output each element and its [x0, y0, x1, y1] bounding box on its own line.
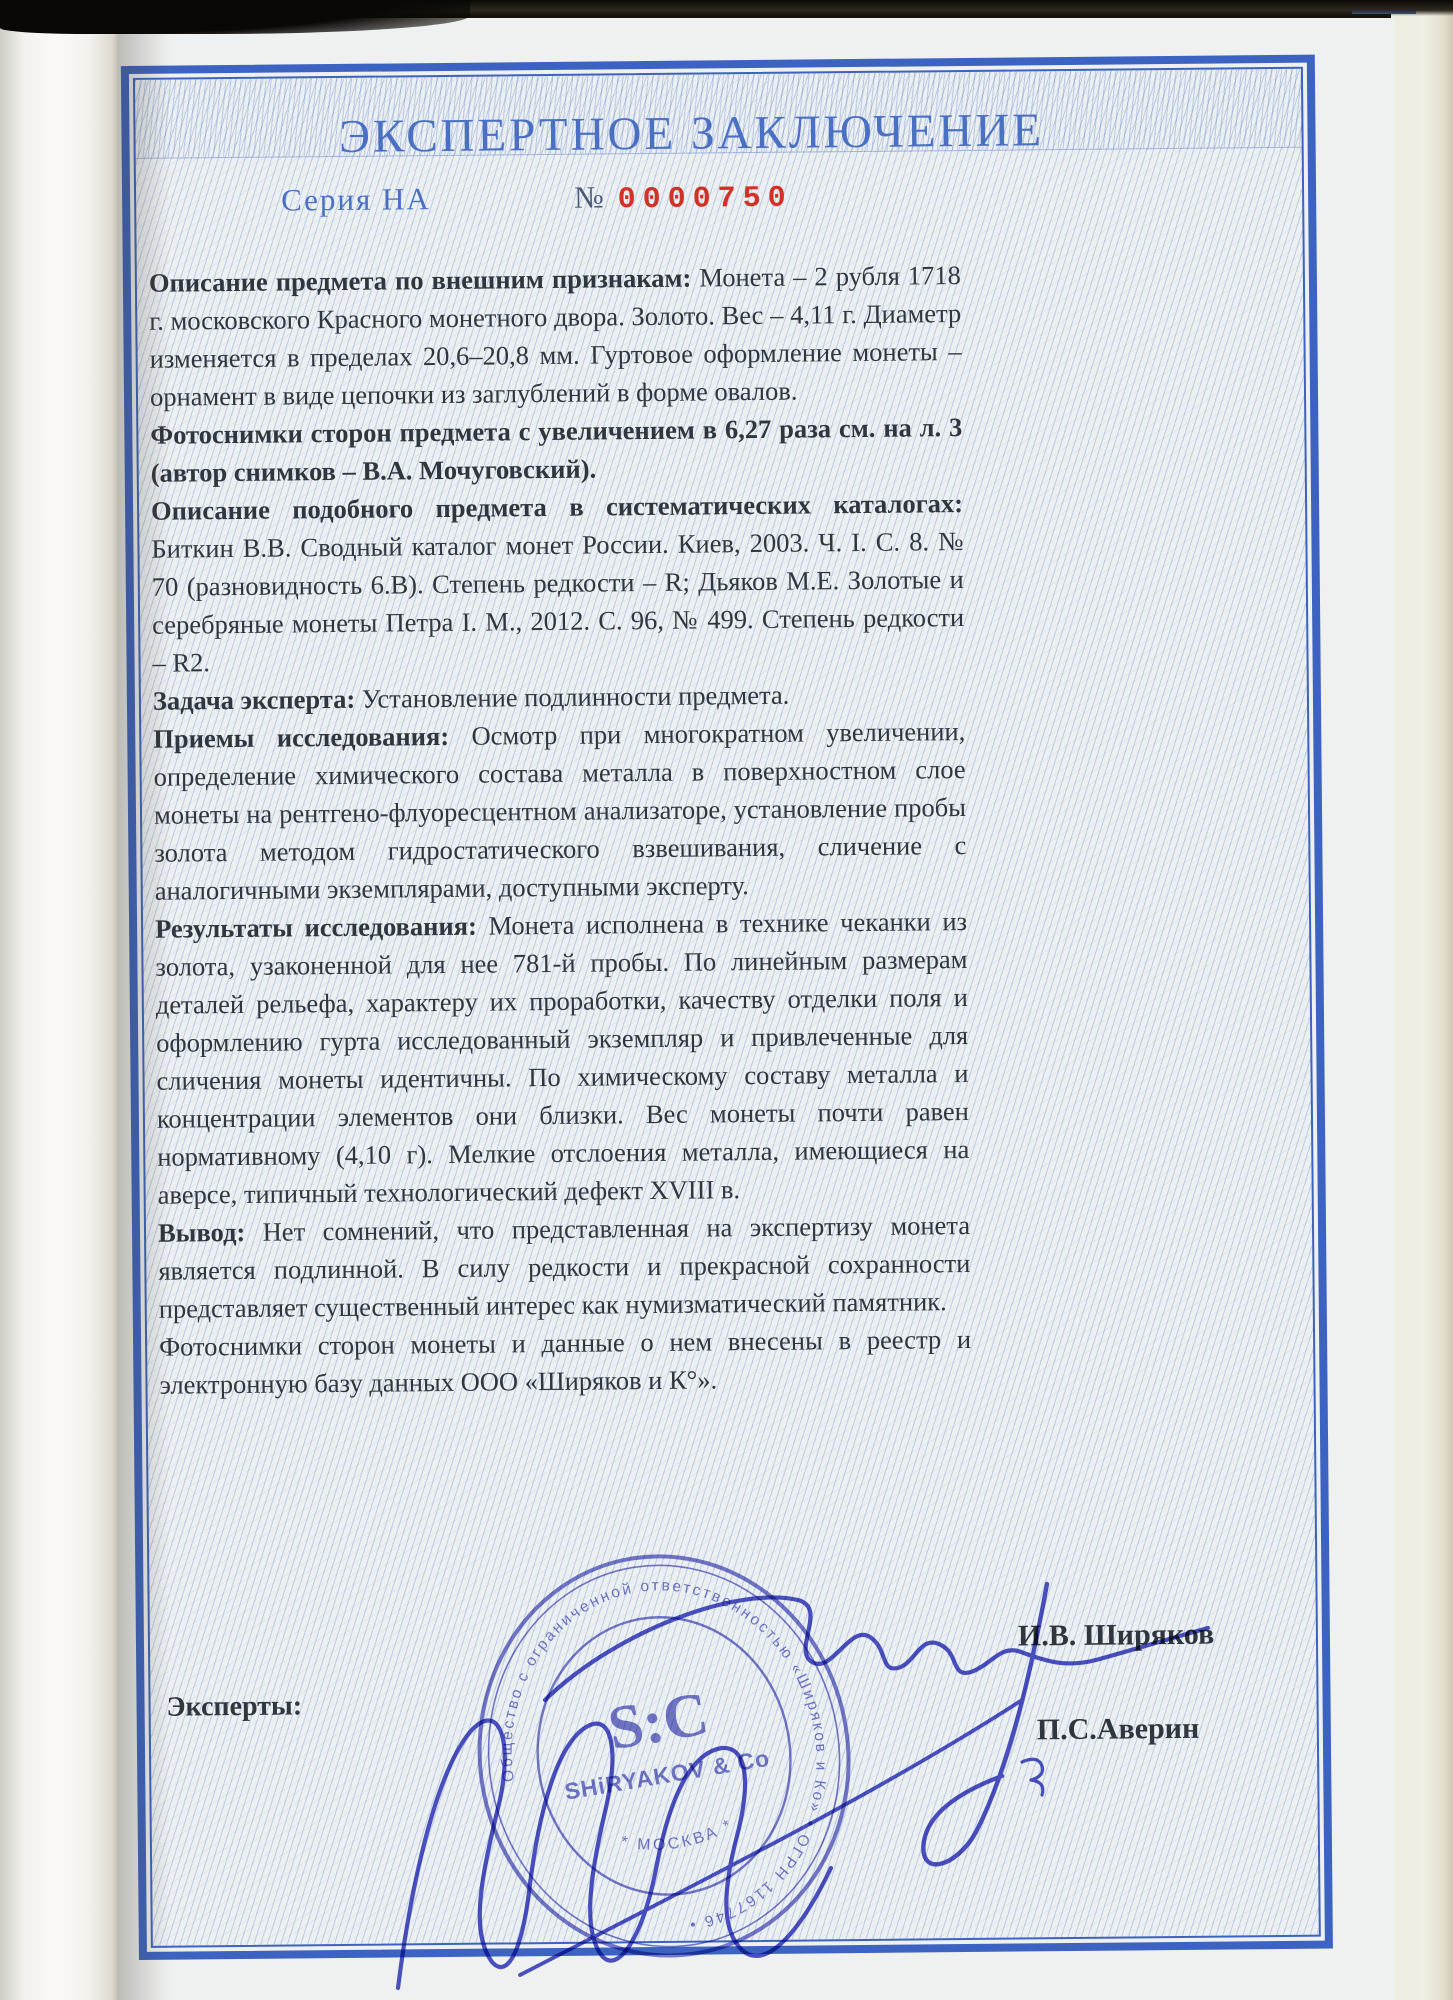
company-stamp: Общество с ограниченной ответственностью… — [443, 1522, 886, 1989]
body-paragraphs: Описание предмета по внешним признакам: … — [149, 256, 972, 1404]
stamp-city-text: * МОСКВА * — [617, 1815, 739, 1862]
paragraph: Фотоснимки сторон монеты и данные о нем … — [159, 1320, 972, 1404]
experts-label: Эксперты: — [166, 1690, 302, 1723]
stamp-logo: S:C — [603, 1680, 713, 1764]
paragraph: Фотоснимки сторон предмета с увеличением… — [150, 408, 963, 492]
paragraph: Приемы исследования: Осмотр при многокра… — [153, 712, 967, 910]
number-value: 0000750 — [618, 182, 793, 218]
certificate-page: ЭКСПЕРТНОЕ ЗАКЛЮЧЕНИЕ Серия НА №0000750 … — [118, 18, 1395, 2000]
page-title: ЭКСПЕРТНОЕ ЗАКЛЮЧЕНИЕ — [131, 101, 1251, 166]
expert-name-averin: П.С.Аверин — [1037, 1712, 1200, 1748]
expert-name-shiryakov: И.В. Ширяков — [1018, 1618, 1215, 1654]
series-label: Серия НА — [281, 181, 431, 218]
certificate-sheet: ЭКСПЕРТНОЕ ЗАКЛЮЧЕНИЕ Серия НА №0000750 … — [110, 12, 1406, 2000]
paragraph: Описание предмета по внешним признакам: … — [149, 256, 962, 416]
paragraph: Результаты исследования: Монета исполнен… — [155, 902, 970, 1214]
paragraph: Вывод: Нет сомнений, что представленная … — [158, 1206, 971, 1328]
certificate-number: №0000750 — [574, 178, 793, 218]
book-pages-edge — [0, 0, 128, 2000]
paragraph: Описание подобного предмета в систематич… — [151, 484, 965, 682]
series-row: Серия НА №0000750 — [112, 172, 1389, 228]
number-sign: № — [574, 179, 604, 214]
